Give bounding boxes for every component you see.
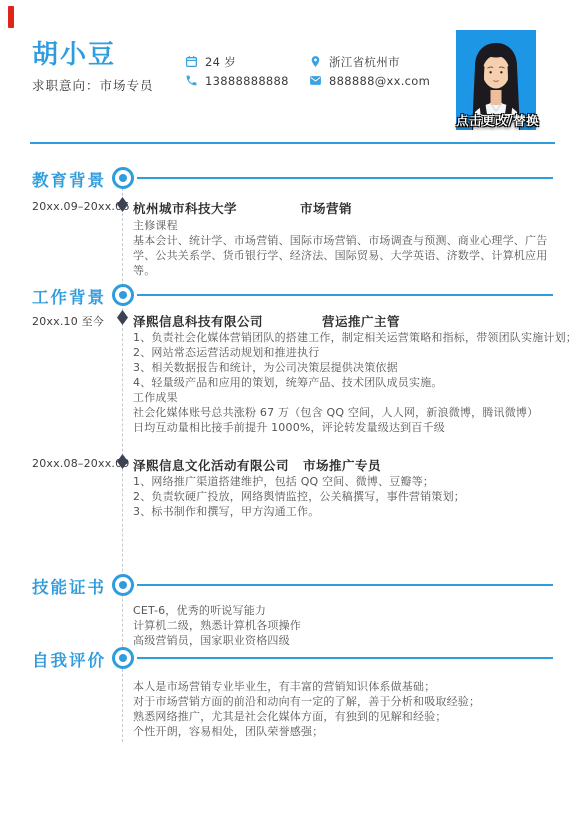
job2-diamond-marker <box>117 454 128 473</box>
skills-section-bullet <box>112 574 134 596</box>
phone-icon <box>185 72 198 91</box>
job2-company: 泽熙信息文化活动有限公司 <box>133 456 289 474</box>
education-courses: 基本会计、统计学、市场营销、国际市场营销、市场调查与预测、商业心理学、广告学、公… <box>133 233 555 278</box>
self-section-bullet <box>112 647 134 669</box>
location-value: 浙江省杭州市 <box>329 54 400 70</box>
job1-line-1: 1、负责社会化媒体营销团队的搭建工作，制定相关运营策略和指标，带领团队实施计划； <box>133 330 557 345</box>
job2-role: 市场推广专员 <box>303 456 381 474</box>
calendar-icon <box>185 53 198 72</box>
work-section-bullet <box>112 284 134 306</box>
self-line-4: 个性开朗，容易相处，团队荣誉感强； <box>133 724 557 739</box>
contact-phone: 13888888888 <box>185 74 289 88</box>
job1-date: 20xx.10 至今 <box>32 313 104 329</box>
job1-results-label: 工作成果 <box>133 390 557 405</box>
skills-section-line <box>137 584 553 586</box>
job1-diamond-marker <box>117 310 128 329</box>
phone-value: 13888888888 <box>205 74 289 88</box>
education-course-label: 主修课程 <box>133 218 557 233</box>
candidate-name: 胡小豆 <box>32 34 116 71</box>
job2-line-3: 3、标书制作和撰写，甲方沟通工作。 <box>133 504 557 519</box>
job1-company: 泽熙信息科技有限公司 <box>133 312 263 330</box>
job2-line-1: 1、网络推广渠道搭建维护，包括 QQ 空间、微博、豆瓣等； <box>133 474 557 489</box>
section-title-skills: 技能证书 <box>32 574 106 598</box>
education-section-bullet <box>112 167 134 189</box>
education-diamond-marker <box>117 197 128 216</box>
contact-column-1: 24 岁 13888888888 <box>185 55 289 88</box>
education-major: 市场营销 <box>300 199 352 217</box>
self-line-2: 对于市场营销方面的前沿和动向有一定的了解，善于分析和吸取经验； <box>133 694 557 709</box>
age-value: 24 岁 <box>205 54 236 70</box>
skills-line-2: 计算机二级，熟悉计算机各项操作 <box>133 618 557 633</box>
section-title-self: 自我评价 <box>32 647 106 671</box>
job1-line-3: 3、相关数据报告和统计，为公司决策层提供决策依据 <box>133 360 557 375</box>
contact-email: 888888@xx.com <box>309 74 430 88</box>
photo-change-label[interactable]: 点击更改/替换 <box>456 111 536 129</box>
resume-page: 胡小豆 求职意向：市场专员 24 岁 13888888888 浙江省杭州市 <box>0 0 580 820</box>
contact-location: 浙江省杭州市 <box>309 55 430 69</box>
contact-age: 24 岁 <box>185 55 289 69</box>
location-pin-icon <box>309 53 322 72</box>
job1-line-2: 2、网站常态运营活动规划和推进执行 <box>133 345 557 360</box>
self-line-3: 熟悉网络推广，尤其是社会化媒体方面，有独到的见解和经验； <box>133 709 557 724</box>
self-line-1: 本人是市场营销专业毕业生，有丰富的营销知识体系做基础； <box>133 679 557 694</box>
job2-line-2: 2、负责软硬广投放，网络舆情监控，公关稿撰写，事件营销策划； <box>133 489 557 504</box>
section-title-education: 教育背景 <box>32 167 106 191</box>
red-marker-bar <box>8 6 14 28</box>
contact-column-2: 浙江省杭州市 888888@xx.com <box>309 55 430 88</box>
education-date: 20xx.09–20xx.06 <box>32 200 130 213</box>
job1-results-1: 社会化媒体账号总共涨粉 67 万（包含 QQ 空间，人人网，新浪微博，腾讯微博） <box>133 405 557 420</box>
mail-icon <box>309 72 322 91</box>
email-value: 888888@xx.com <box>329 74 430 88</box>
job1-role: 营运推广主管 <box>322 312 400 330</box>
skills-line-3: 高级营销员，国家职业资格四级 <box>133 633 557 648</box>
self-section-line <box>137 657 553 659</box>
work-section-line <box>137 294 553 296</box>
job1-line-4: 4、轻量级产品和应用的策划，统筹产品、技术团队成员实施。 <box>133 375 557 390</box>
education-school: 杭州城市科技大学 <box>133 199 237 217</box>
header-divider <box>30 142 555 144</box>
section-title-work: 工作背景 <box>32 284 106 308</box>
job2-date: 20xx.08–20xx.09 <box>32 457 130 470</box>
job1-results-2: 日均互动量相比接手前提升 1000%，评论转发量级达到百千级 <box>133 420 557 435</box>
job-objective: 求职意向：市场专员 <box>32 76 154 94</box>
skills-line-1: CET-6，优秀的听说写能力 <box>133 603 557 618</box>
profile-photo[interactable]: 点击更改/替换 <box>456 30 536 130</box>
education-section-line <box>137 177 553 179</box>
